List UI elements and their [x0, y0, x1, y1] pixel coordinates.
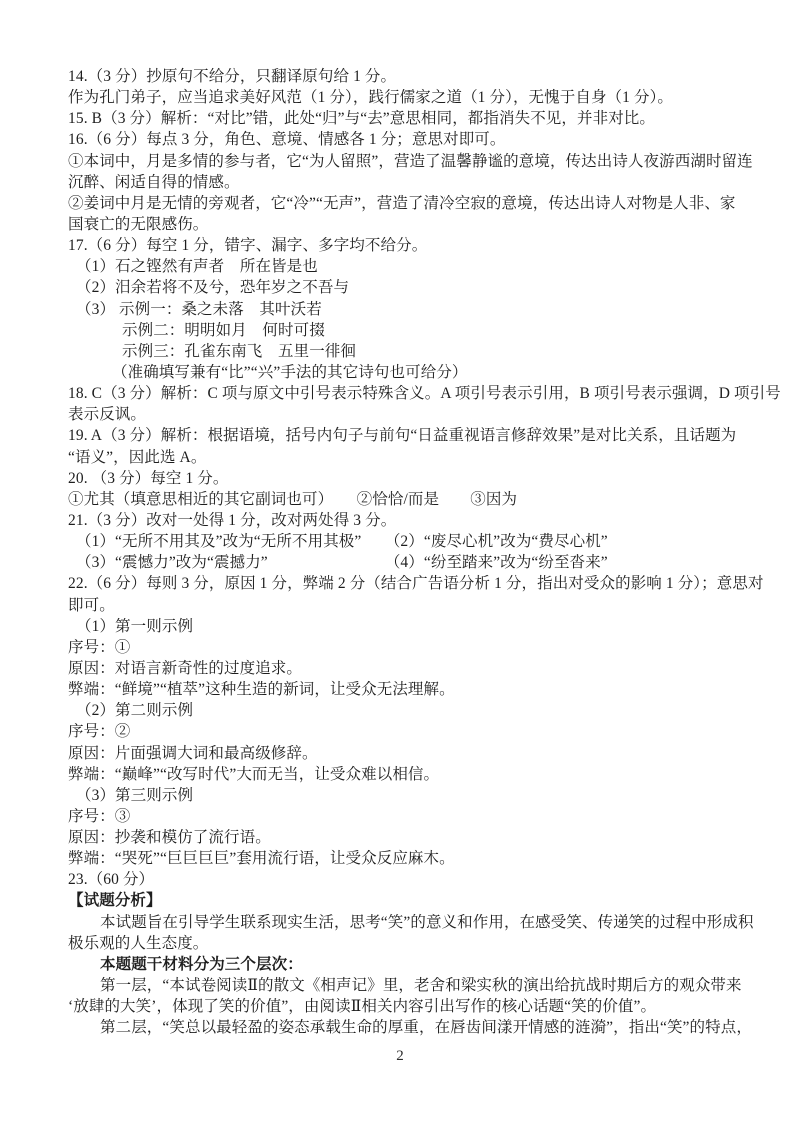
- text-line: （2）第二则示例: [68, 700, 748, 721]
- text-line: 弊端：“鲜境”“植萃”这种生造的新词，让受众无法理解。: [68, 679, 748, 700]
- text-line: 极乐观的人生态度。: [68, 933, 748, 954]
- text-line: 序号：①: [68, 637, 748, 658]
- answer-key-content: 14.（3 分）抄原句不给分，只翻译原句给 1 分。作为孔门弟子，应当追求美好风…: [68, 66, 748, 1038]
- text-line: ‘放肆的大笑’，体现了笑的价值”，由阅读Ⅱ相关内容引出写作的核心话题“笑的价值”…: [68, 996, 748, 1017]
- text-line: “语义”，因此选 A。: [68, 447, 748, 468]
- text-line: 22.（6 分）每则 3 分，原因 1 分，弊端 2 分（结合广告语分析 1 分…: [68, 573, 748, 594]
- text-line: 14.（3 分）抄原句不给分，只翻译原句给 1 分。: [68, 66, 748, 87]
- text-line: 21.（3 分）改对一处得 1 分，改对两处得 3 分。: [68, 510, 748, 531]
- text-line: 弊端：“哭死”“巨巨巨巨”套用流行语，让受众反应麻木。: [68, 848, 748, 869]
- text-line: （3）第三则示例: [68, 785, 748, 806]
- text-line: （3） 示例一：桑之未落 其叶沃若: [68, 299, 748, 320]
- text-line: 第一层，“本试卷阅读Ⅱ的散文《相声记》里，老舍和梁实秋的演出给抗战时期后方的观众…: [68, 975, 748, 996]
- text-line: 本题题干材料分为三个层次：: [68, 954, 748, 975]
- text-line: 18. C（3 分）解析：C 项与原文中引号表示特殊含义。A 项引号表示引用，B…: [68, 383, 748, 404]
- text-line: 15. B（3 分）解析：“对比”错，此处“归”与“去”意思相同，都指消失不见，…: [68, 108, 748, 129]
- text-line: 沉醉、闲适自得的情感。: [68, 172, 748, 193]
- text-line: 国衰亡的无限感伤。: [68, 214, 748, 235]
- text-line: ①本词中，月是多情的参与者，它“为人留照”，营造了温馨静谧的意境，传达出诗人夜游…: [68, 151, 748, 172]
- text-line: 19. A（3 分）解析：根据语境，括号内句子与前句“日益重视语言修辞效果”是对…: [68, 425, 748, 446]
- document-page: 14.（3 分）抄原句不给分，只翻译原句给 1 分。作为孔门弟子，应当追求美好风…: [0, 0, 800, 1131]
- text-line: 原因：片面强调大词和最高级修辞。: [68, 743, 748, 764]
- text-line: 原因：抄袭和模仿了流行语。: [68, 827, 748, 848]
- text-line: 17.（6 分）每空 1 分，错字、漏字、多字均不给分。: [68, 235, 748, 256]
- text-line: （准确填写兼有“比”“兴”手法的其它诗句也可给分）: [68, 362, 748, 383]
- text-line: （2）汨余若将不及兮，恐年岁之不吾与: [68, 277, 748, 298]
- text-line: 第二层，“笑总以最轻盈的姿态承载生命的厚重，在唇齿间漾开情感的涟漪”，指出“笑”…: [68, 1017, 748, 1038]
- text-line: （1）石之铿然有声者 所在皆是也: [68, 256, 748, 277]
- text-line: 作为孔门弟子，应当追求美好风范（1 分），践行儒家之道（1 分），无愧于自身（1…: [68, 87, 748, 108]
- text-line: 原因：对语言新奇性的过度追求。: [68, 658, 748, 679]
- text-line: 示例三：孔雀东南飞 五里一徘徊: [68, 341, 748, 362]
- text-line: 23.（60 分）: [68, 869, 748, 890]
- text-line: （1）“无所不用其及”改为“无所不用其极” （2）“废尽心机”改为“费尽心机”: [68, 531, 748, 552]
- text-line: （1）第一则示例: [68, 616, 748, 637]
- text-line: ②姜词中月是无情的旁观者，它“冷”“无声”，营造了清冷空寂的意境，传达出诗人对物…: [68, 193, 748, 214]
- text-line: 弊端：“巅峰”“改写时代”大而无当，让受众难以相信。: [68, 764, 748, 785]
- text-line: 表示反讽。: [68, 404, 748, 425]
- text-line: ①尤其（填意思相近的其它副词也可） ②恰恰/而是 ③因为: [68, 489, 748, 510]
- text-line: 序号：②: [68, 721, 748, 742]
- text-line: （3）“震憾力”改为“震撼力” （4）“纷至踏来”改为“纷至沓来”: [68, 552, 748, 573]
- text-line: 即可。: [68, 595, 748, 616]
- text-line: 【试题分析】: [68, 890, 748, 911]
- text-line: 示例二：明明如月 何时可掇: [68, 320, 748, 341]
- text-line: 16.（6 分）每点 3 分，角色、意境、情感各 1 分；意思对即可。: [68, 129, 748, 150]
- text-line: 20. （3 分）每空 1 分。: [68, 468, 748, 489]
- text-line: 序号：③: [68, 806, 748, 827]
- text-line: 本试题旨在引导学生联系现实生活，思考“笑”的意义和作用，在感受笑、传递笑的过程中…: [68, 912, 748, 933]
- page-number: 2: [0, 1048, 800, 1065]
